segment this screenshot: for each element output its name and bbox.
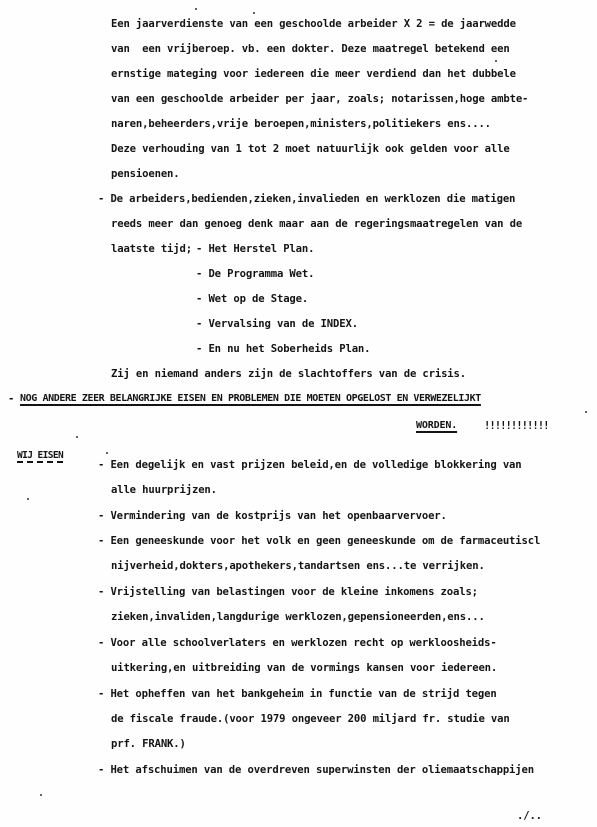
demand-line: nijverheid,dokters,apothekers,tandartsen… bbox=[111, 559, 485, 573]
demand-line: - Het opheffen van het bankgeheim in fun… bbox=[98, 687, 497, 701]
demand-line: - Vrijstelling van belastingen voor de k… bbox=[98, 585, 478, 599]
scan-speck bbox=[253, 12, 255, 14]
scan-speck bbox=[585, 411, 587, 413]
typewritten-page: Een jaarverdienste van een geschoolde ar… bbox=[0, 0, 597, 827]
victims-line: Zij en niemand anders zijn de slachtoffe… bbox=[111, 367, 466, 381]
scan-speck bbox=[40, 794, 42, 796]
measure-item: - En nu het Soberheids Plan. bbox=[196, 342, 370, 356]
scan-speck bbox=[495, 60, 497, 62]
intro-line: naren,beheerders,vrije beroepen,minister… bbox=[111, 117, 491, 131]
demand-line: - Een geneeskunde voor het volk en geen … bbox=[98, 534, 540, 548]
demand-line: - Vermindering van de kostprijs van het … bbox=[98, 509, 447, 523]
heading-dash: - bbox=[8, 392, 14, 406]
measure-item: - Vervalsing van de INDEX. bbox=[196, 317, 358, 331]
workers-line: reeds meer dan genoeg denk maar aan de r… bbox=[111, 217, 522, 231]
continuation-mark: ./.. bbox=[517, 809, 542, 823]
intro-line: van een geschoolde arbeider per jaar, zo… bbox=[111, 92, 528, 106]
heading-line-2: WORDEN. bbox=[416, 419, 457, 433]
intro-line: pensioenen. bbox=[111, 167, 180, 181]
workers-line: - De arbeiders,bedienden,zieken,invalied… bbox=[98, 192, 515, 206]
heading-line-1: NOG ANDERE ZEER BELANGRIJKE EISEN EN PRO… bbox=[20, 392, 481, 406]
scan-speck bbox=[76, 436, 78, 438]
measure-item: - Wet op de Stage. bbox=[196, 292, 308, 306]
demand-line: - Een degelijk en vast prijzen beleid,en… bbox=[98, 458, 522, 472]
demand-line: - Het afschuimen van de overdreven super… bbox=[98, 763, 534, 777]
heading-exclamations: !!!!!!!!!!!! bbox=[484, 419, 549, 433]
intro-line: ernstige mateging voor iedereen die meer… bbox=[111, 67, 516, 81]
measure-item: - De Programma Wet. bbox=[196, 267, 314, 281]
intro-line: van een vrijberoep. vb. een dokter. Deze… bbox=[111, 42, 510, 56]
intro-line: Deze verhouding van 1 tot 2 moet natuurl… bbox=[111, 142, 510, 156]
intro-line: Een jaarverdienste van een geschoolde ar… bbox=[111, 17, 516, 31]
demands-label: WIJ EISEN bbox=[17, 449, 63, 463]
demand-line: uitkering,en uitbreiding van de vormings… bbox=[111, 661, 497, 675]
scan-speck bbox=[195, 8, 197, 10]
workers-line: laatste tijd; bbox=[111, 242, 192, 256]
measure-item: - Het Herstel Plan. bbox=[196, 242, 314, 256]
demand-line: de fiscale fraude.(voor 1979 ongeveer 20… bbox=[111, 712, 510, 726]
demand-line: prf. FRANK.) bbox=[111, 737, 186, 751]
scan-speck bbox=[106, 452, 108, 454]
demand-line: - Voor alle schoolverlaters en werklozen… bbox=[98, 636, 497, 650]
scan-speck bbox=[27, 498, 29, 500]
demand-line: alle huurprijzen. bbox=[111, 483, 217, 497]
demand-line: zieken,invaliden,langdurige werklozen,ge… bbox=[111, 610, 485, 624]
